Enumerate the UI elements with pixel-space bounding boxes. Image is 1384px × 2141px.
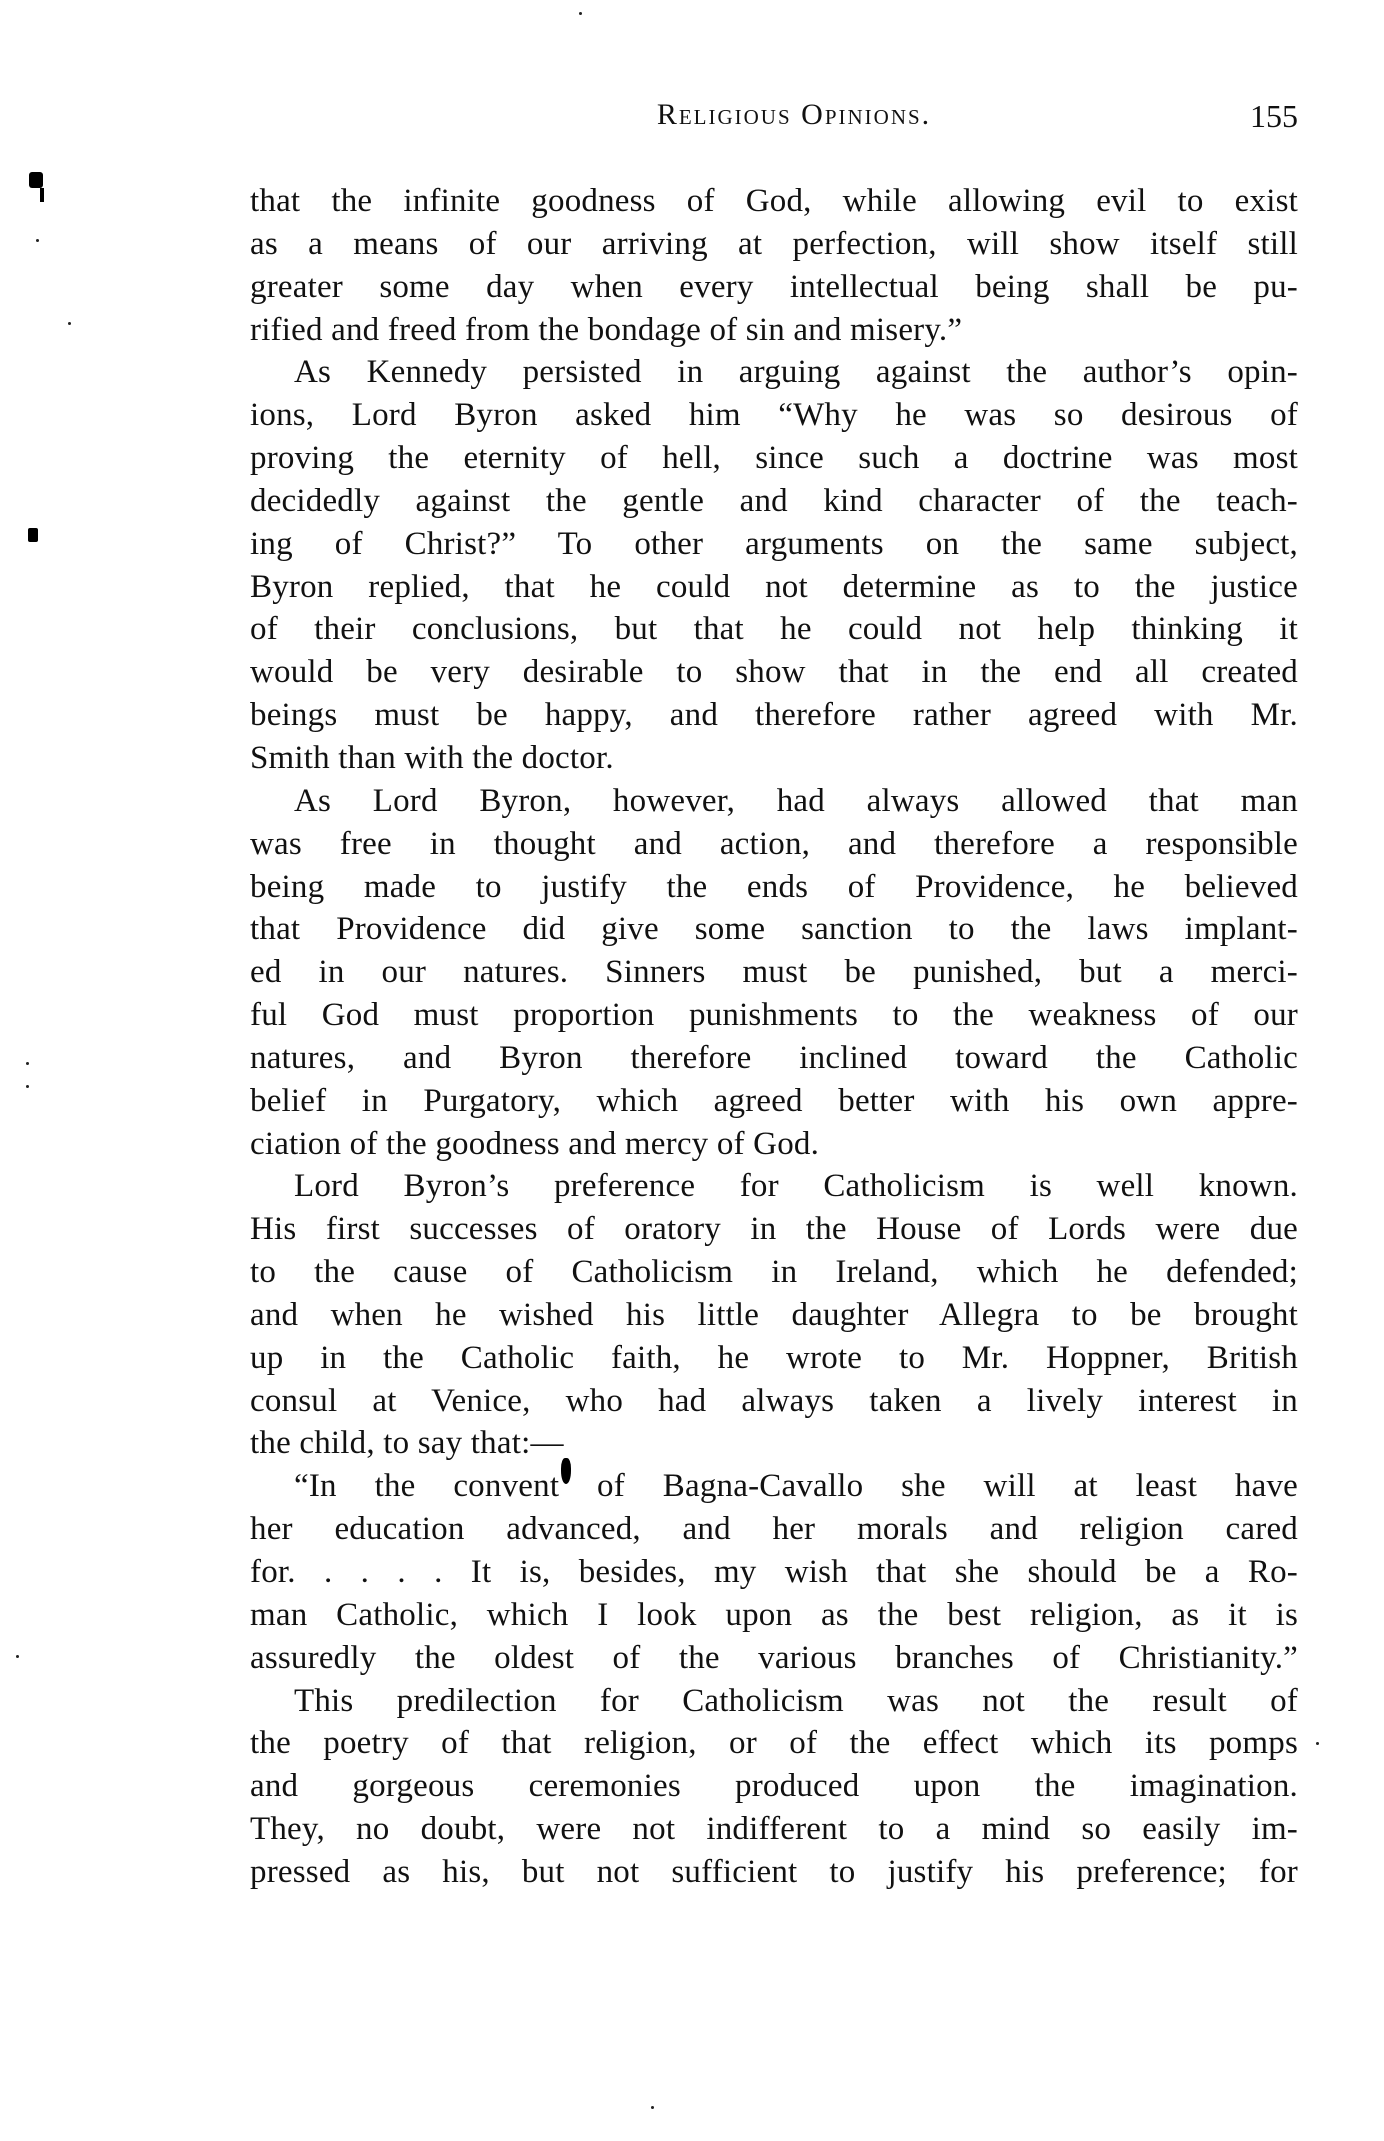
speck [36,239,39,242]
text-line: pressed as his, but not sufficient to ju… [250,1851,1298,1894]
text-line: belief in Purgatory, which agreed better… [250,1080,1298,1123]
margin-ink-mark-top-tail [40,188,44,202]
text-line: His first successes of oratory in the Ho… [250,1208,1298,1251]
text-line: ing of Christ?” To other arguments on th… [250,523,1298,566]
margin-ink-mark-middle [28,528,38,542]
ink-blot [561,1458,571,1484]
text-line: They, no doubt, were not indifferent to … [250,1808,1298,1851]
text-line: ful God must proportion punishments to t… [250,994,1298,1037]
body-text: that the infinite goodness of God, while… [250,180,1298,1894]
text-line: As Kennedy persisted in arguing against … [250,351,1298,394]
running-head: Religious Opinions. 155 [250,98,1298,148]
text-line: and gorgeous ceremonies produced upon th… [250,1765,1298,1808]
text-line: Lord Byron’s preference for Catholicism … [250,1165,1298,1208]
text-line: decidedly against the gentle and kind ch… [250,480,1298,523]
text-line: of their conclusions, but that he could … [250,608,1298,651]
text-line: Byron replied, that he could not determi… [250,566,1298,609]
running-title-text: Religious Opinions. [657,98,931,132]
page-number: 155 [1250,98,1298,135]
text-line: would be very desirable to show that in … [250,651,1298,694]
text-line: her education advanced, and her morals a… [250,1508,1298,1551]
text-line: natures, and Byron therefore inclined to… [250,1037,1298,1080]
speck [579,12,582,15]
text-line: was free in thought and action, and ther… [250,823,1298,866]
book-page: Religious Opinions. 155 that the infinit… [0,0,1384,2141]
speck [68,322,71,325]
text-line: being made to justify the ends of Provid… [250,866,1298,909]
text-line: ciation of the goodness and mercy of God… [250,1123,1298,1166]
text-line: ed in our natures. Sinners must be punis… [250,951,1298,994]
text-line: for. . . . . It is, besides, my wish tha… [250,1551,1298,1594]
speck [16,1655,19,1658]
text-line: rified and freed from the bondage of sin… [250,309,1298,352]
text-line: to the cause of Catholicism in Ireland, … [250,1251,1298,1294]
text-line: the poetry of that religion, or of the e… [250,1722,1298,1765]
speck [1316,1742,1319,1745]
text-line: “In the convent of Bagna-Cavallo she wil… [250,1465,1298,1508]
text-line: As Lord Byron, however, had always allow… [250,780,1298,823]
text-line: Smith than with the doctor. [250,737,1298,780]
speck [26,1062,29,1065]
speck [26,1085,29,1088]
speck [651,2106,654,2109]
text-line: up in the Catholic faith, he wrote to Mr… [250,1337,1298,1380]
text-line: proving the eternity of hell, since such… [250,437,1298,480]
margin-ink-mark-top [29,172,43,188]
running-title: Religious Opinions. [250,98,1298,132]
text-line: man Catholic, which I look upon as the b… [250,1594,1298,1637]
text-line: assuredly the oldest of the various bran… [250,1637,1298,1680]
text-line: that the infinite goodness of God, while… [250,180,1298,223]
text-line: the child, to say that:— [250,1422,1298,1465]
text-line: and when he wished his little daughter A… [250,1294,1298,1337]
text-line: as a means of our arriving at perfection… [250,223,1298,266]
text-line: beings must be happy, and therefore rath… [250,694,1298,737]
text-line: ions, Lord Byron asked him “Why he was s… [250,394,1298,437]
text-line: consul at Venice, who had always taken a… [250,1380,1298,1423]
text-line: This predilection for Catholicism was no… [250,1680,1298,1723]
text-line: greater some day when every intellectual… [250,266,1298,309]
text-line: that Providence did give some sanction t… [250,908,1298,951]
